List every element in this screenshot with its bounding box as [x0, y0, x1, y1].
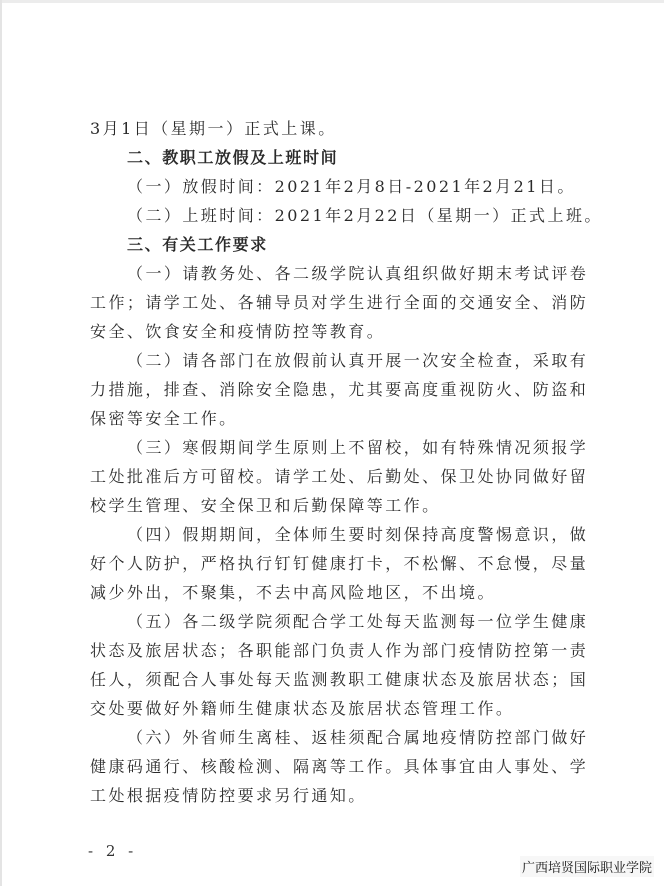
- section-heading: 二、教职工放假及上班时间: [90, 143, 572, 172]
- text-line: （二）上班时间：2021年2月22日（星期一）正式上班。: [90, 201, 572, 230]
- text-line: 好个人防护，严格执行钉钉健康打卡，不松懈、不怠慢，尽量: [90, 549, 572, 578]
- text-line: 3月1日（星期一）正式上课。: [90, 114, 572, 143]
- text-line: 状态及旅居状态；各职能部门负责人作为部门疫情防控第一责: [90, 636, 572, 665]
- text-line: 减少外出，不聚集，不去中高风险地区，不出境。: [90, 578, 572, 607]
- text-line: 健康码通行、核酸检测、隔离等工作。具体事宜由人事处、学: [90, 752, 572, 781]
- text-line: 工处根据疫情防控要求另行通知。: [90, 781, 572, 810]
- text-line: 工处批准后方可留校。请学工处、后勤处、保卫处协同做好留: [90, 462, 572, 491]
- section-heading: 三、有关工作要求: [90, 230, 572, 259]
- page-number: - 2 -: [88, 842, 137, 860]
- page-edge-left: [0, 0, 2, 886]
- text-line: 校学生管理、安全保卫和后勤保障等工作。: [90, 491, 572, 520]
- text-line: （二）请各部门在放假前认真开展一次安全检查，采取有: [90, 346, 572, 375]
- text-line: 工作；请学工处、各辅导员对学生进行全面的交通安全、消防: [90, 288, 572, 317]
- text-line: 力措施，排查、消除安全隐患，尤其要高度重视防火、防盗和: [90, 375, 572, 404]
- institution-watermark: 广西培贤国际职业学院: [520, 856, 654, 877]
- text-line: （一）请教务处、各二级学院认真组织做好期末考试评卷: [90, 259, 572, 288]
- text-line: （三）寒假期间学生原则上不留校，如有特殊情况须报学: [90, 433, 572, 462]
- text-line: 任人，须配合人事处每天监测教职工健康状态及旅居状态；国: [90, 665, 572, 694]
- text-line: （一）放假时间：2021年2月8日-2021年2月21日。: [90, 172, 572, 201]
- text-line: （六）外省师生离桂、返桂须配合属地疫情防控部门做好: [90, 723, 572, 752]
- page-edge-top: [0, 0, 664, 3]
- text-line: （五）各二级学院须配合学工处每天监测每一位学生健康: [90, 607, 572, 636]
- text-line: 交处要做好外籍师生健康状态及旅居状态管理工作。: [90, 694, 572, 723]
- text-line: 保密等安全工作。: [90, 404, 572, 433]
- document-body: 3月1日（星期一）正式上课。 二、教职工放假及上班时间 （一）放假时间：2021…: [90, 114, 572, 810]
- text-line: （四）假期期间，全体师生要时刻保持高度警惕意识，做: [90, 520, 572, 549]
- text-line: 安全、饮食安全和疫情防控等教育。: [90, 317, 572, 346]
